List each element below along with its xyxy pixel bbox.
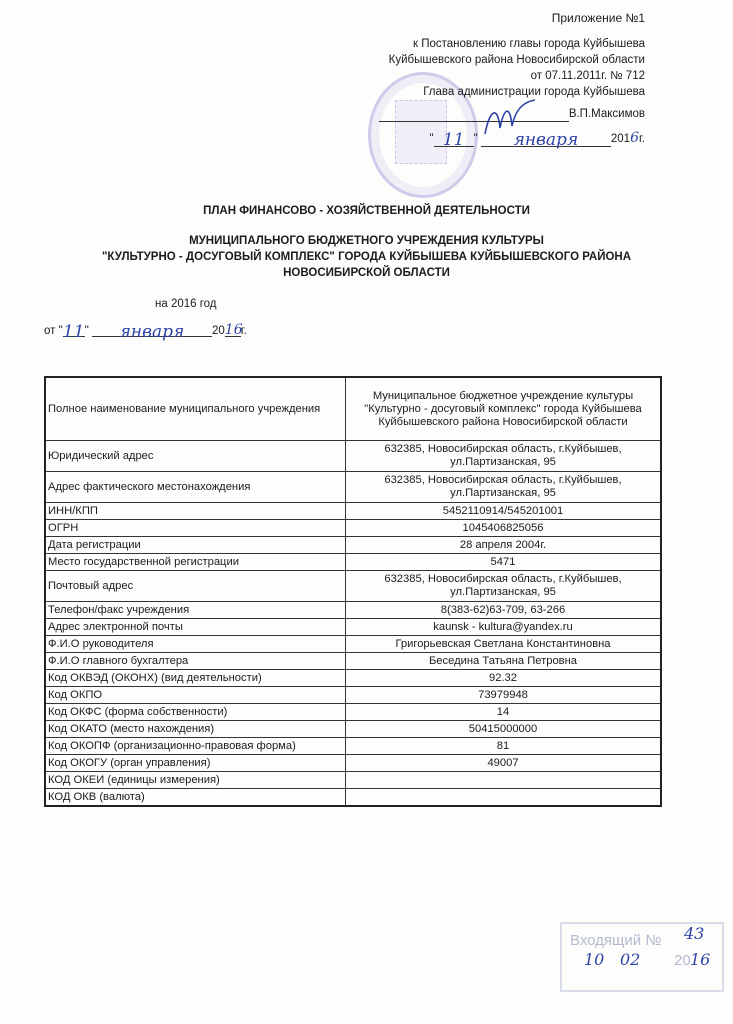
table-row: Код ОКВЭД (ОКОНХ) (вид деятельности)92.3…: [45, 670, 661, 687]
row-value: 73979948: [346, 687, 662, 704]
table-row: Ф.И.О руководителяГригорьевская Светлана…: [45, 636, 661, 653]
incoming-number: 43: [684, 924, 704, 943]
signature-line: [379, 109, 569, 122]
table-row: Код ОКОГУ (орган управления)49007: [45, 755, 661, 772]
table-row: Адрес электронной почтыkaunsk - kultura@…: [45, 619, 661, 636]
approval-line-1: к Постановлению главы города Куйбышева: [379, 36, 645, 52]
incoming-month: 02: [620, 950, 640, 969]
quote-close-2: ": [85, 325, 89, 337]
institution-title-line-2: "КУЛЬТУРНО - ДОСУГОВЫЙ КОМПЛЕКС" ГОРОДА …: [0, 250, 733, 265]
row-label: КОД ОКВ (валюта): [45, 789, 346, 807]
row-value: 632385, Новосибирская область, г.Куйбыше…: [346, 441, 662, 472]
table-row: Код ОКФС (форма собственности)14: [45, 704, 661, 721]
plan-month-value: января: [120, 322, 185, 342]
plan-date-row: от "11" января2016г.: [44, 322, 247, 337]
row-label: Юридический адрес: [45, 441, 346, 472]
row-label: Место государственной регистрации: [45, 554, 346, 571]
row-value: 8(383-62)63-709, 63-266: [346, 602, 662, 619]
row-value: 49007: [346, 755, 662, 772]
row-label: ОГРН: [45, 520, 346, 537]
row-value: 14: [346, 704, 662, 721]
row-label: КОД ОКЕИ (единицы измерения): [45, 772, 346, 789]
row-label: Почтовый адрес: [45, 571, 346, 602]
approval-line-2: Куйбышевского района Новосибирской облас…: [379, 52, 645, 68]
quote-close: ": [474, 133, 478, 145]
approval-day-value: 11: [443, 130, 465, 150]
table-row: Код ОКПО73979948: [45, 687, 661, 704]
table-row: ИНН/КПП5452110914/545201001: [45, 503, 661, 520]
row-label: Код ОКОГУ (орган управления): [45, 755, 346, 772]
plan-month: января: [92, 322, 212, 337]
institution-title-line-1: МУНИЦИПАЛЬНОГО БЮДЖЕТНОГО УЧРЕЖДЕНИЯ КУЛ…: [0, 234, 733, 249]
row-value: 50415000000: [346, 721, 662, 738]
incoming-day: 10: [584, 950, 604, 969]
row-label: Телефон/факс учреждения: [45, 602, 346, 619]
plan-year-suffix: 16: [225, 322, 241, 337]
row-label: Полное наименование муниципального учреж…: [45, 377, 346, 441]
row-label: Код ОКАТО (место нахождения): [45, 721, 346, 738]
row-label: Ф.И.О главного бухгалтера: [45, 653, 346, 670]
row-label: Адрес электронной почты: [45, 619, 346, 636]
incoming-label: Входящий №: [570, 932, 661, 949]
table-row: Дата регистрации28 апреля 2004г.: [45, 537, 661, 554]
plan-year-unit: г.: [241, 325, 247, 337]
row-value: 5471: [346, 554, 662, 571]
row-label: Адрес фактического местонахождения: [45, 472, 346, 503]
table-row: Место государственной регистрации5471: [45, 554, 661, 571]
row-value: Муниципальное бюджетное учреждение культ…: [346, 377, 662, 441]
row-label: Код ОКОПФ (организационно-правовая форма…: [45, 738, 346, 755]
table-row: Полное наименование муниципального учреж…: [45, 377, 661, 441]
table-row: Юридический адрес632385, Новосибирская о…: [45, 441, 661, 472]
table-row: КОД ОКВ (валюта): [45, 789, 661, 807]
row-label: Ф.И.О руководителя: [45, 636, 346, 653]
row-value: Григорьевская Светлана Константиновна: [346, 636, 662, 653]
plan-day: 11: [63, 322, 85, 337]
row-label: Код ОКФС (форма собственности): [45, 704, 346, 721]
row-value: 92.32: [346, 670, 662, 687]
approval-year-prefix: 201: [611, 133, 630, 145]
plan-year: на 2016 год: [155, 298, 217, 310]
table-row: Почтовый адрес632385, Новосибирская обла…: [45, 571, 661, 602]
table-row: КОД ОКЕИ (единицы измерения): [45, 772, 661, 789]
row-value: Беседина Татьяна Петровна: [346, 653, 662, 670]
row-value: kaunsk - kultura@yandex.ru: [346, 619, 662, 636]
table-row: Телефон/факс учреждения8(383-62)63-709, …: [45, 602, 661, 619]
incoming-year-suffix: 16: [690, 950, 710, 969]
row-value: 5452110914/545201001: [346, 503, 662, 520]
row-value: 632385, Новосибирская область, г.Куйбыше…: [346, 472, 662, 503]
row-value: 81: [346, 738, 662, 755]
from-prefix: от ": [44, 325, 63, 337]
row-value: 632385, Новосибирская область, г.Куйбыше…: [346, 571, 662, 602]
table-row: Код ОКОПФ (организационно-правовая форма…: [45, 738, 661, 755]
row-value: [346, 772, 662, 789]
approval-year-unit: г.: [639, 133, 645, 145]
plan-year-prefix: 20: [212, 325, 225, 337]
signatory-name: В.П.Максимов: [569, 108, 645, 120]
table-row: Адрес фактического местонахождения632385…: [45, 472, 661, 503]
row-label: Дата регистрации: [45, 537, 346, 554]
table-row: Код ОКАТО (место нахождения)50415000000: [45, 721, 661, 738]
incoming-year-prefix: 20: [674, 952, 691, 969]
table-row: Ф.И.О главного бухгалтераБеседина Татьян…: [45, 653, 661, 670]
incoming-registration-stamp: Входящий № 43 10 02 20 16: [560, 922, 724, 992]
row-label: ИНН/КПП: [45, 503, 346, 520]
table-row: ОГРН1045406825056: [45, 520, 661, 537]
row-value: [346, 789, 662, 807]
institution-info-table: Полное наименование муниципального учреж…: [44, 376, 662, 807]
signature-scribble: [480, 98, 540, 138]
approval-year-suffix: 6: [630, 130, 639, 146]
row-label: Код ОКВЭД (ОКОНХ) (вид деятельности): [45, 670, 346, 687]
approval-day: 11: [434, 132, 474, 147]
institution-title-line-3: НОВОСИБИРСКОЙ ОБЛАСТИ: [0, 266, 733, 281]
appendix-label: Приложение №1: [379, 10, 645, 26]
approval-line-3: от 07.11.2011г. № 712: [379, 68, 645, 84]
document-title: ПЛАН ФИНАНСОВО - ХОЗЯЙСТВЕННОЙ ДЕЯТЕЛЬНО…: [0, 204, 733, 219]
row-value: 1045406825056: [346, 520, 662, 537]
row-label: Код ОКПО: [45, 687, 346, 704]
row-value: 28 апреля 2004г.: [346, 537, 662, 554]
plan-day-value: 11: [63, 322, 85, 342]
